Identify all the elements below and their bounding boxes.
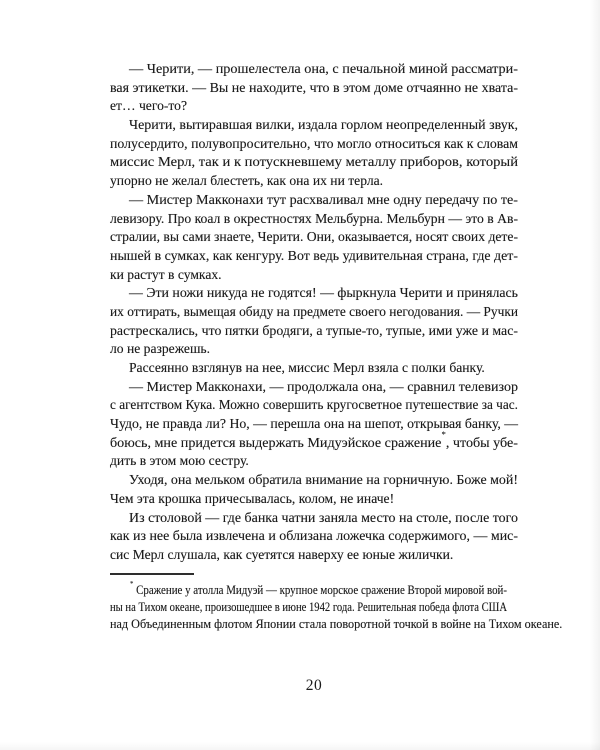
paragraph: — Мистер Макконахи, — продолжала она, — … <box>110 378 518 471</box>
footnote-marker: * <box>441 429 445 439</box>
paragraph: — Черити, — прошелестела она, с печально… <box>110 60 518 116</box>
text-line: дить в этом мою сестру. <box>110 452 518 471</box>
text-line: левизору. Про коал в окрестностях Мельбу… <box>110 210 518 229</box>
paragraph: Из столовой — где банка чатни заняла мес… <box>110 509 518 565</box>
text-line: нышей в сумках, как кенгуру. Вот ведь уд… <box>110 247 518 266</box>
text-line: их оттирать, вымещая обиду на предмете с… <box>110 303 518 322</box>
text-line: ки растут в сумках. <box>110 266 518 285</box>
text-line: — Черити, — прошелестела она, с печально… <box>110 60 518 79</box>
paragraph: Рассеянно взглянув на нее, миссис Мерл в… <box>110 359 518 378</box>
text-line: полусердито, полувопросительно, что могл… <box>110 135 518 154</box>
text-line: Уходя, она мельком обратила внимание на … <box>110 471 518 490</box>
footnote-text: * Сражение у атолла Мидуэй — крупное мор… <box>110 582 507 633</box>
footnote-divider <box>110 573 194 575</box>
text-line: вая этикетки. — Вы не находите, что в эт… <box>110 79 518 98</box>
paragraph: Уходя, она мельком обратила внимание на … <box>110 471 518 508</box>
text-line: растрескались, что пятки бродяги, а тупы… <box>110 322 518 341</box>
page-number: 20 <box>110 676 518 696</box>
text-line: Чудо, не правда ли? Но, — перешла она на… <box>110 415 518 434</box>
text-line: * Сражение у атолла Мидуэй — крупное мор… <box>110 582 507 599</box>
text-line: сис Мерл слушала, как суетятся наверху е… <box>110 546 518 565</box>
text-line: ны на Тихом океане, произошедшее в июне … <box>110 599 507 616</box>
text-line: ет… чего-то? <box>110 97 518 116</box>
text-line: Рассеянно взглянув на нее, миссис Мерл в… <box>110 359 518 378</box>
text-line: боюсь, мне придется выдержать Мидуэйское… <box>110 434 518 453</box>
text-line: — Мистер Макконахи тут расхваливал мне о… <box>110 191 518 210</box>
text-line: ло не разрежешь. <box>110 340 518 359</box>
text-line: как из нее была извлечена и облизана лож… <box>110 527 518 546</box>
book-page: — Черити, — прошелестела она, с печально… <box>0 0 600 750</box>
paragraph: Черити, вытиравшая вилки, издала горлом … <box>110 116 518 191</box>
text-line: с агентством Кука. Можно совершить круго… <box>110 396 518 415</box>
body-text: — Черити, — прошелестела она, с печально… <box>110 60 518 565</box>
text-line: — Мистер Макконахи, — продолжала она, — … <box>110 378 518 397</box>
text-line: Чем эта крошка причесывалась, колом, не … <box>110 490 518 509</box>
text-line: стралии, вы сами знаете, Черити. Они, ок… <box>110 228 518 247</box>
text-line: Из столовой — где банка чатни заняла мес… <box>110 509 518 528</box>
text-line: упорно не желал блестеть, как она их ни … <box>110 172 518 191</box>
text-line: Черити, вытиравшая вилки, издала горлом … <box>110 116 518 135</box>
paragraph: — Эти ножи никуда не годятся! — фыркнула… <box>110 284 518 359</box>
paragraph: — Мистер Макконахи тут расхваливал мне о… <box>110 191 518 284</box>
footnote-marker: * <box>130 579 133 588</box>
text-line: над Объединенным флотом Японии стала пов… <box>110 616 507 633</box>
text-line: миссис Мерл, так и к потускневшему метал… <box>110 153 518 172</box>
text-line: — Эти ножи никуда не годятся! — фыркнула… <box>110 284 518 303</box>
